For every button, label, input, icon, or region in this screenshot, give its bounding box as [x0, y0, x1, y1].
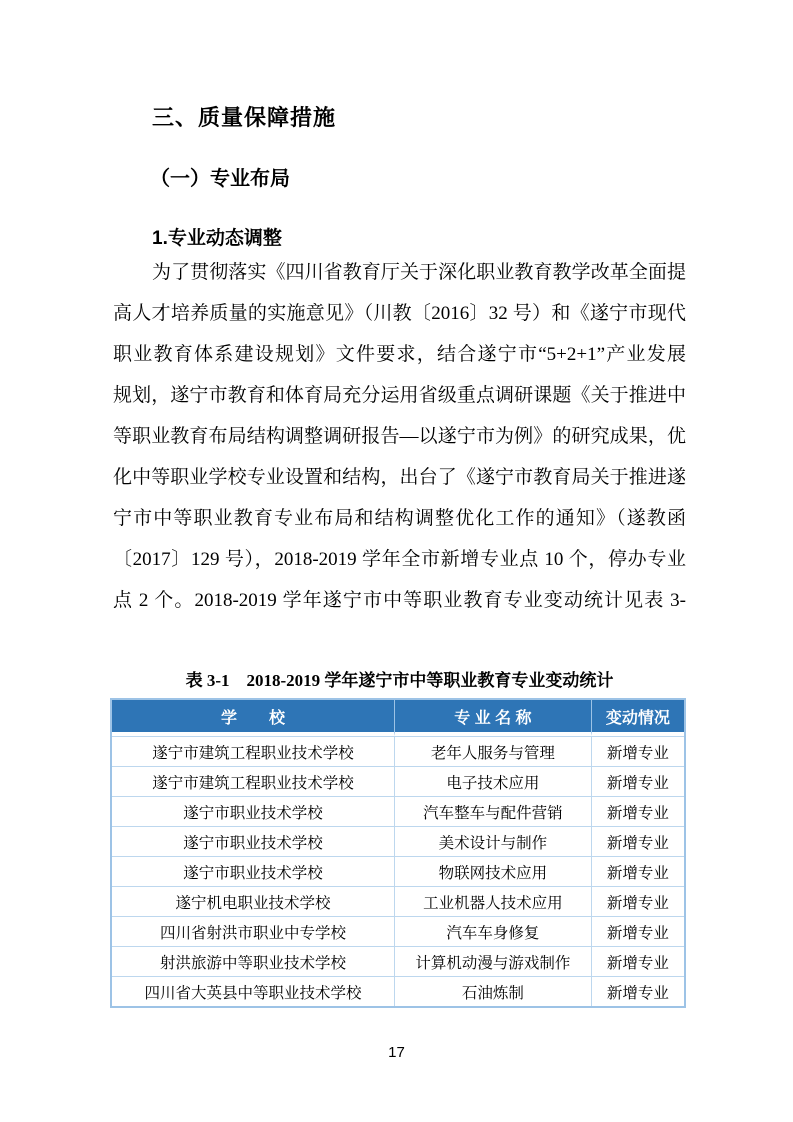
- subsection-heading: （一）专业布局: [150, 162, 290, 191]
- table-row: 遂宁市职业技术学校汽车整车与配件营销新增专业: [112, 796, 684, 826]
- table-cell: 美术设计与制作: [394, 826, 591, 856]
- table-cell: 新增专业: [591, 976, 684, 1006]
- table-cell: 遂宁机电职业技术学校: [112, 886, 394, 916]
- table-cell: 遂宁市职业技术学校: [112, 826, 394, 856]
- column-header-major: 专 业 名 称: [394, 700, 591, 736]
- table-body: 遂宁市建筑工程职业技术学校老年人服务与管理新增专业遂宁市建筑工程职业技术学校电子…: [112, 736, 684, 1006]
- table-cell: 遂宁市建筑工程职业技术学校: [112, 766, 394, 796]
- table-cell: 新增专业: [591, 796, 684, 826]
- table-cell: 汽车车身修复: [394, 916, 591, 946]
- table-row: 四川省大英县中等职业技术学校石油炼制新增专业: [112, 976, 684, 1006]
- table-cell: 四川省射洪市职业中专学校: [112, 916, 394, 946]
- table-row: 遂宁市建筑工程职业技术学校老年人服务与管理新增专业: [112, 736, 684, 766]
- table-cell: 新增专业: [591, 736, 684, 766]
- table-row: 遂宁市职业技术学校物联网技术应用新增专业: [112, 856, 684, 886]
- paragraph-line: 〔2017〕129 号），2018-2019 学年全市新增专业点 10 个，停办…: [113, 539, 686, 580]
- table-cell: 新增专业: [591, 946, 684, 976]
- table-cell: 工业机器人技术应用: [394, 886, 591, 916]
- section-heading: 三、质量保障措施: [152, 101, 336, 132]
- page-number: 17: [0, 1044, 793, 1061]
- paragraph-line: 规划，遂宁市教育和体育局充分运用省级重点调研课题《关于推进中: [113, 375, 686, 416]
- paragraph-line: 职业教育体系建设规划》文件要求，结合遂宁市“5+2+1”产业发展: [113, 334, 686, 375]
- table-cell: 新增专业: [591, 916, 684, 946]
- table-cell: 遂宁市职业技术学校: [112, 856, 394, 886]
- table-cell: 新增专业: [591, 826, 684, 856]
- table-cell: 遂宁市建筑工程职业技术学校: [112, 736, 394, 766]
- majors-change-table: 学 校 专 业 名 称 变动情况 遂宁市建筑工程职业技术学校老年人服务与管理新增…: [110, 698, 686, 1008]
- paragraph-line: 化中等职业学校专业设置和结构，出台了《遂宁市教育局关于推进遂: [113, 457, 686, 498]
- table-cell: 物联网技术应用: [394, 856, 591, 886]
- paragraph-line: 宁市中等职业教育专业布局和结构调整优化工作的通知》（遂教函: [113, 498, 686, 539]
- column-header-change: 变动情况: [591, 700, 684, 736]
- body-paragraph: 为了贯彻落实《四川省教育厅关于深化职业教育教学改革全面提高人才培养质量的实施意见…: [113, 252, 686, 621]
- paragraph-line: 为了贯彻落实《四川省教育厅关于深化职业教育教学改革全面提: [113, 252, 686, 293]
- table-cell: 计算机动漫与游戏制作: [394, 946, 591, 976]
- paragraph-line: 点 2 个。2018-2019 学年遂宁市中等职业教育专业变动统计见表 3-1。: [113, 580, 686, 621]
- paragraph-line: 高人才培养质量的实施意见》（川教〔2016〕32 号）和《遂宁市现代: [113, 293, 686, 334]
- table-cell: 新增专业: [591, 856, 684, 886]
- document-page: 三、质量保障措施 （一）专业布局 1.专业动态调整 为了贯彻落实《四川省教育厅关…: [0, 0, 793, 1122]
- table-row: 遂宁市职业技术学校美术设计与制作新增专业: [112, 826, 684, 856]
- table-cell: 射洪旅游中等职业技术学校: [112, 946, 394, 976]
- table-caption: 表 3-1 2018-2019 学年遂宁市中等职业教育专业变动统计: [113, 666, 686, 691]
- table-row: 遂宁机电职业技术学校工业机器人技术应用新增专业: [112, 886, 684, 916]
- numbered-heading: 1.专业动态调整: [152, 223, 282, 250]
- table-row: 四川省射洪市职业中专学校汽车车身修复新增专业: [112, 916, 684, 946]
- table-row: 射洪旅游中等职业技术学校计算机动漫与游戏制作新增专业: [112, 946, 684, 976]
- table-cell: 遂宁市职业技术学校: [112, 796, 394, 826]
- table-cell: 石油炼制: [394, 976, 591, 1006]
- table-cell: 老年人服务与管理: [394, 736, 591, 766]
- paragraph-line: 等职业教育布局结构调整调研报告—以遂宁市为例》的研究成果，优: [113, 416, 686, 457]
- table-cell: 四川省大英县中等职业技术学校: [112, 976, 394, 1006]
- column-header-school: 学 校: [112, 700, 394, 736]
- table-row: 遂宁市建筑工程职业技术学校电子技术应用新增专业: [112, 766, 684, 796]
- table: 学 校 专 业 名 称 变动情况 遂宁市建筑工程职业技术学校老年人服务与管理新增…: [110, 698, 686, 1008]
- table-cell: 电子技术应用: [394, 766, 591, 796]
- table-cell: 新增专业: [591, 766, 684, 796]
- table-cell: 新增专业: [591, 886, 684, 916]
- table-header-row: 学 校 专 业 名 称 变动情况: [112, 700, 684, 736]
- table-cell: 汽车整车与配件营销: [394, 796, 591, 826]
